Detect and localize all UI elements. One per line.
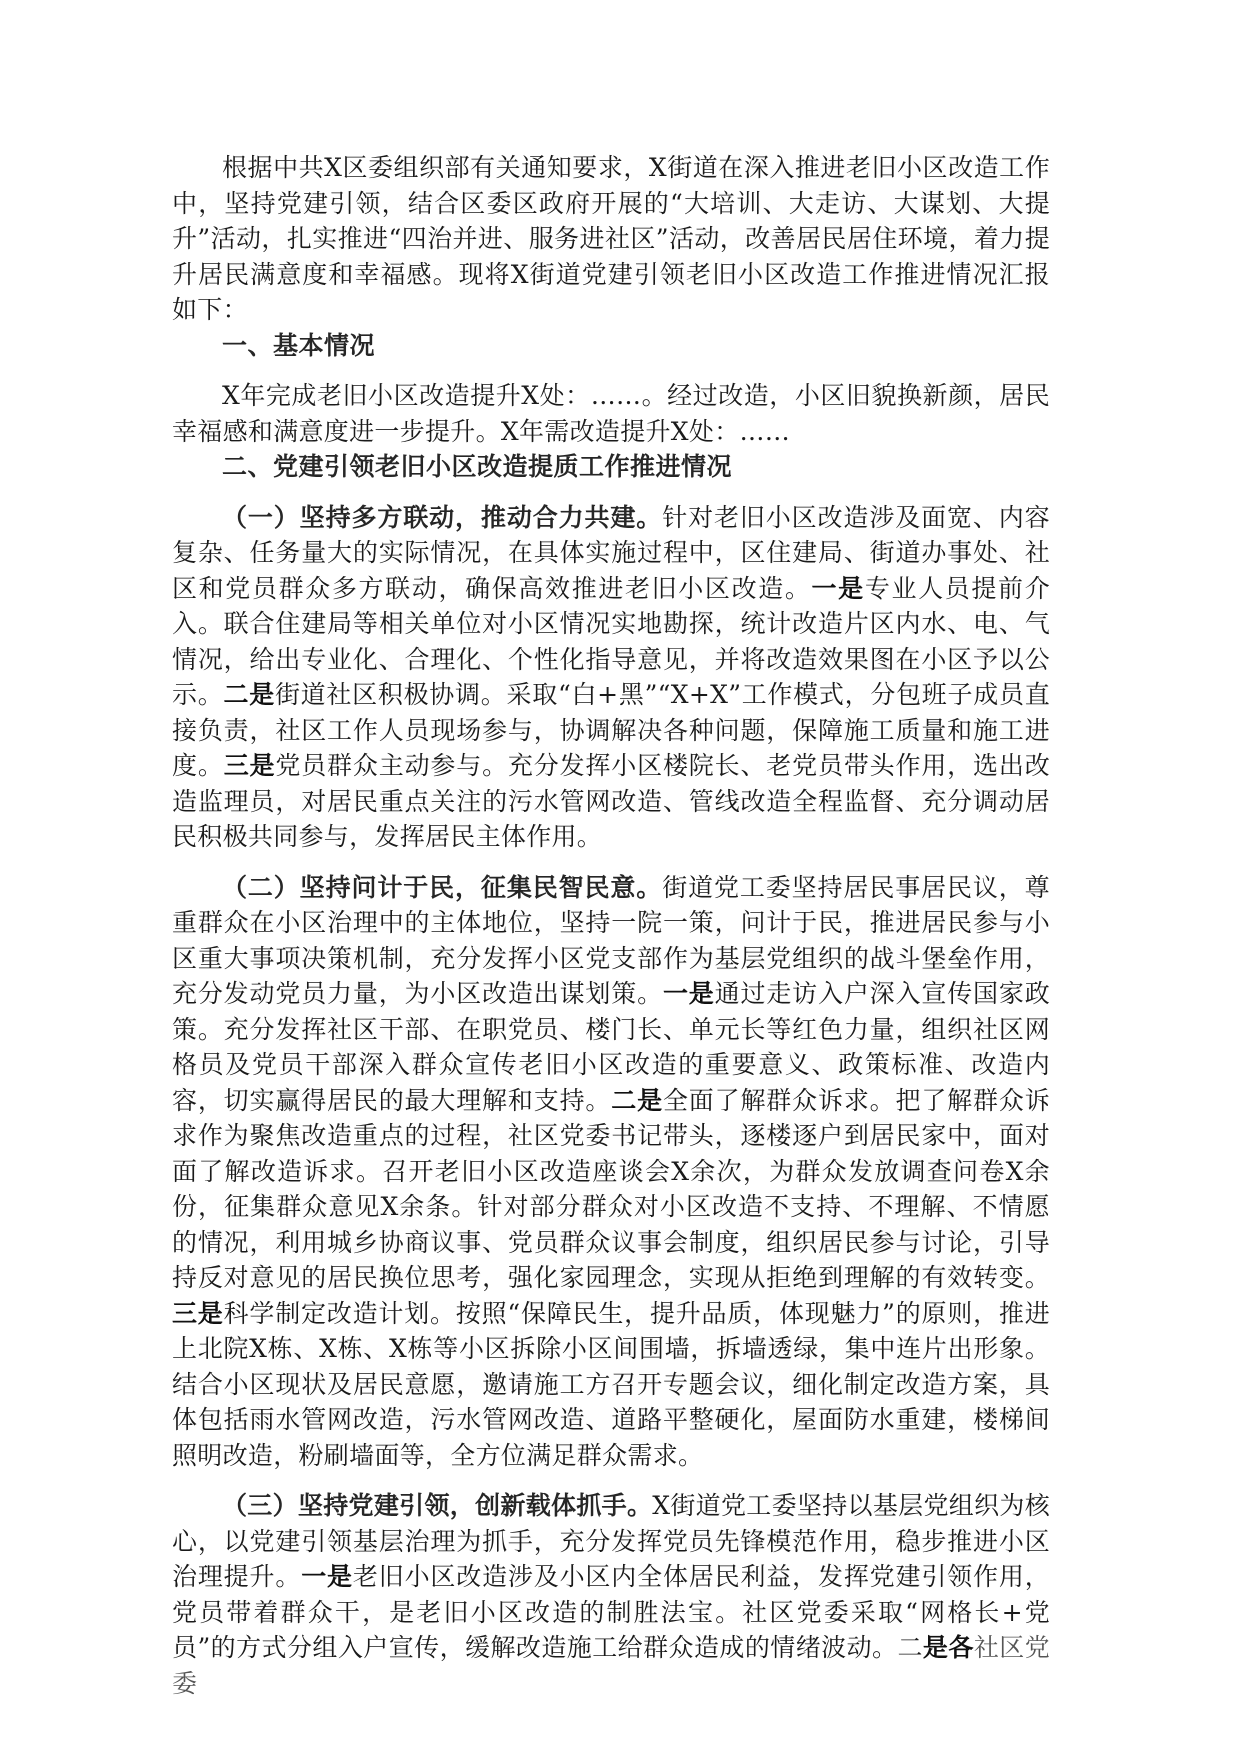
subsection-3-lead: （三）坚持党建引领，创新载体抓手。 <box>222 1491 652 1520</box>
subsection-2-lead: （二）坚持问计于民，征集民智民意。 <box>222 873 662 902</box>
document-page: 根据中共X区委组织部有关通知要求，X街道在深入推进老旧小区改造工作中，坚持党建引… <box>172 150 1050 1701</box>
subsection-2-paragraph: （二）坚持问计于民，征集民智民意。街道党工委坚持居民事居民议，尊重群众在小区治理… <box>172 870 1050 1474</box>
text-run: 党员群众主动参与。充分发挥小区楼院长、老党员带头作用，选出改造监理员，对居民重点… <box>172 751 1050 851</box>
section-2-heading: 二、党建引领老旧小区改造提质工作推进情况 <box>172 449 1050 485</box>
point-marker: 二是 <box>611 1086 663 1115</box>
section-1-heading: 一、基本情况 <box>172 328 1050 364</box>
point-marker: 一是 <box>301 1562 353 1591</box>
subsection-1-paragraph: （一）坚持多方联动，推动合力共建。针对老旧小区改造涉及面宽、内容复杂、任务量大的… <box>172 500 1050 855</box>
text-run: 科学制定改造计划。按照“保障民生，提升品质，体现魅力”的原则，推进上北院X栋、X… <box>172 1299 1050 1470</box>
point-marker: 二是 <box>223 680 274 709</box>
point-marker: 一是 <box>663 979 715 1008</box>
intro-paragraph: 根据中共X区委组织部有关通知要求，X街道在深入推进老旧小区改造工作中，坚持党建引… <box>172 150 1050 328</box>
point-marker: 一是 <box>812 574 865 603</box>
point-marker: 三是 <box>224 751 276 780</box>
text-run: 全面了解群众诉求。把了解群众诉求作为聚焦改造重点的过程，社区党委书记带头，逐楼逐… <box>172 1086 1050 1293</box>
point-marker: 是各 <box>923 1633 974 1662</box>
subsection-1-lead: （一）坚持多方联动，推动合力共建。 <box>222 503 662 532</box>
point-marker: 三是 <box>172 1299 224 1328</box>
subsection-3-paragraph: （三）坚持党建引领，创新载体抓手。X街道党工委坚持以基层党组织为核心，以党建引领… <box>172 1488 1050 1701</box>
section-1-body: X年完成老旧小区改造提升X处：……。经过改造，小区旧貌换新颜，居民幸福感和满意度… <box>172 378 1050 449</box>
intro-text: 根据中共X区委组织部有关通知要求，X街道在深入推进老旧小区改造工作中，坚持党建引… <box>172 153 1050 324</box>
